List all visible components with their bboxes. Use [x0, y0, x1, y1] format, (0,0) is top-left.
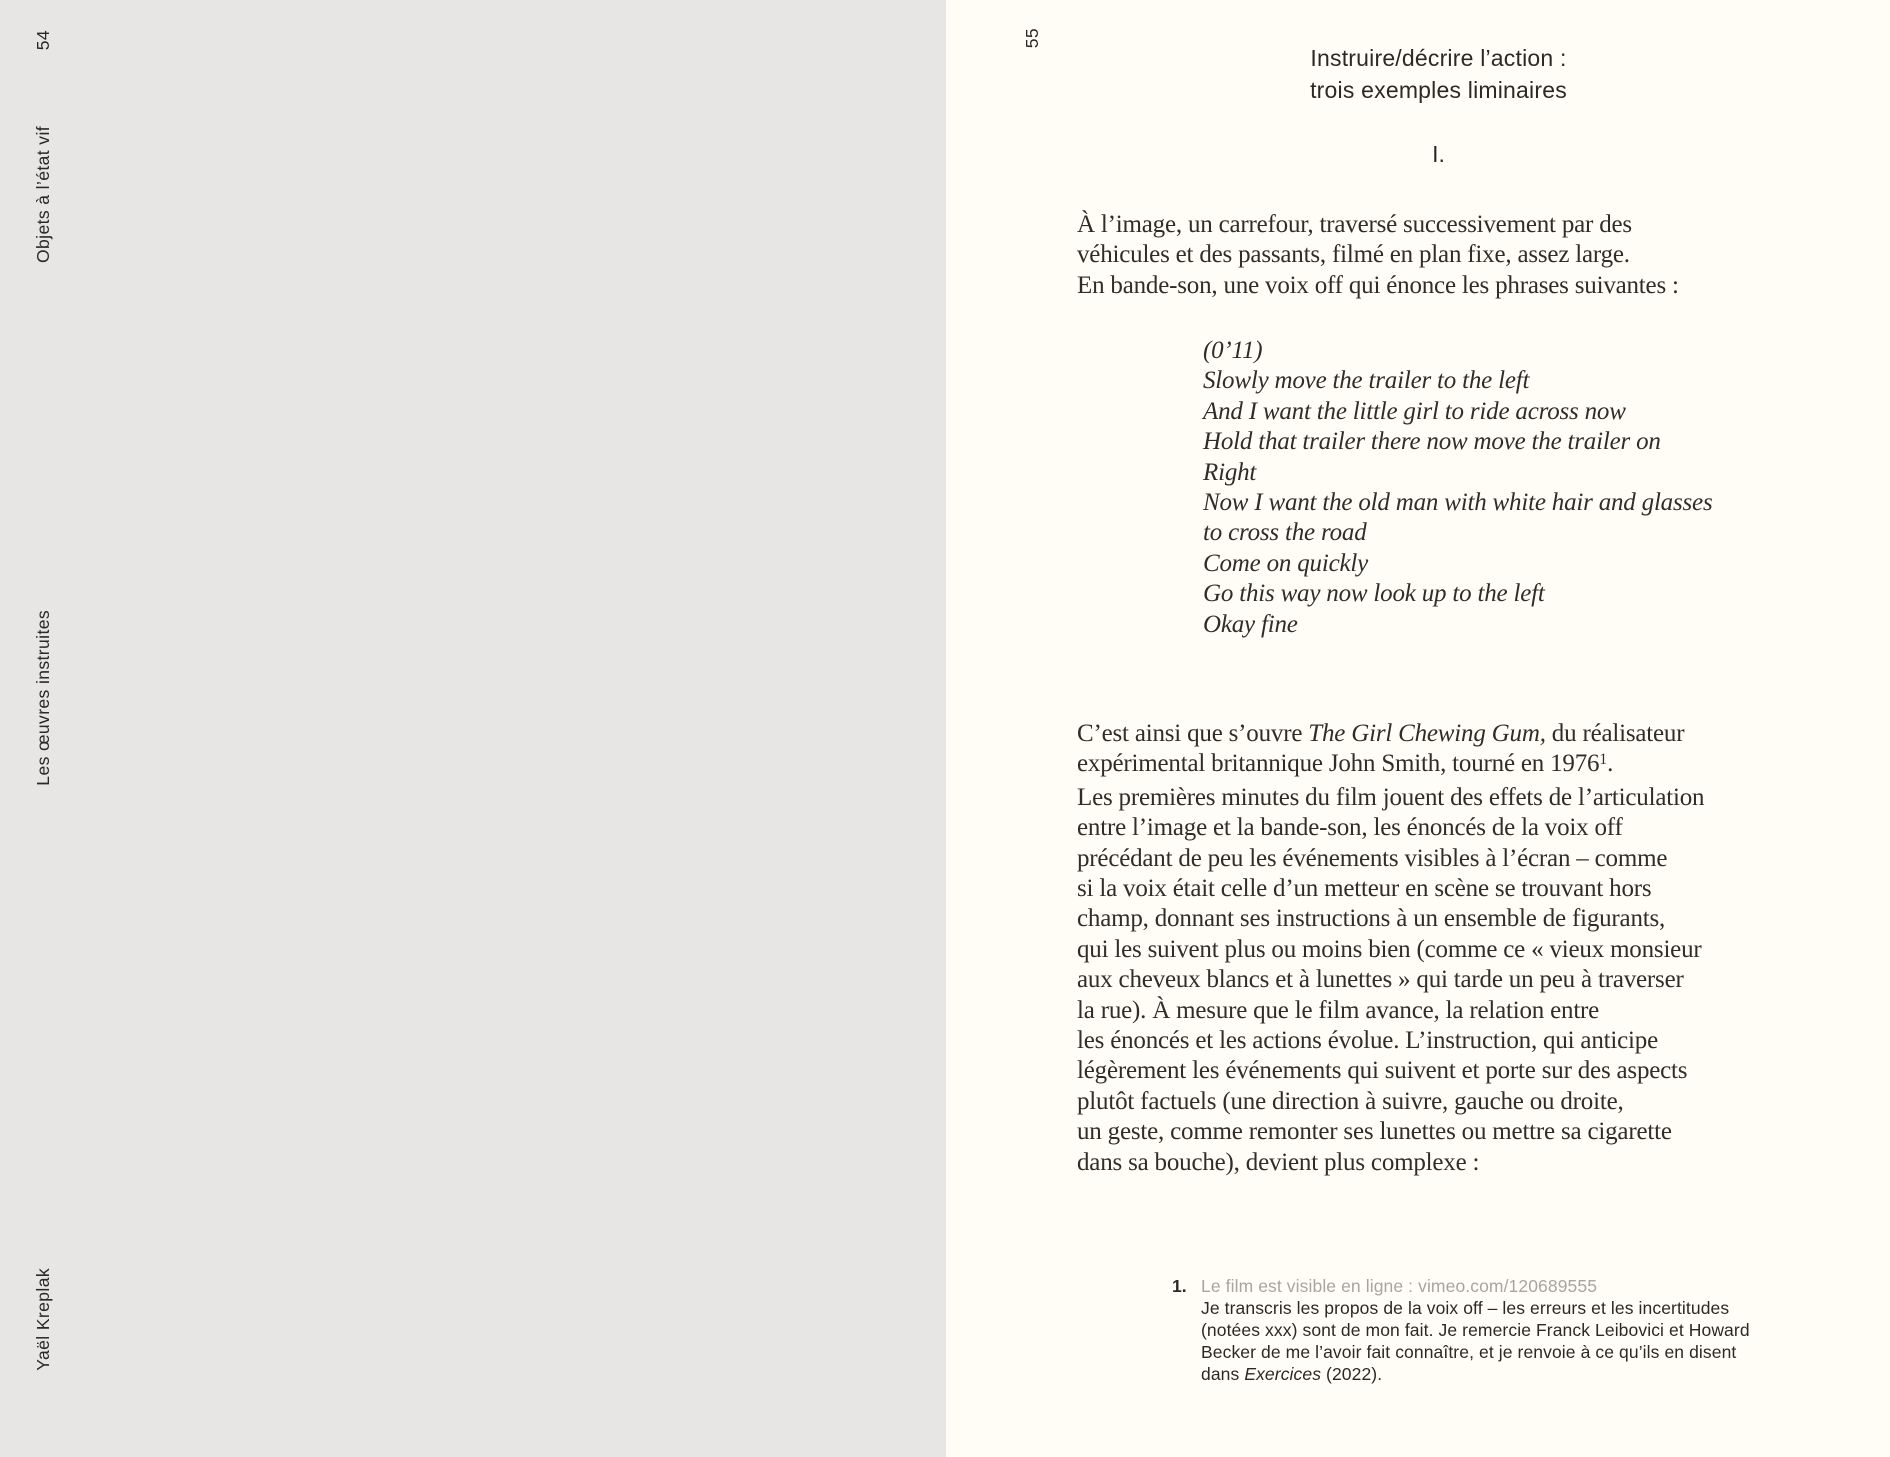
- right-page-number: 55: [1022, 28, 1043, 48]
- section-heading: I.: [1077, 140, 1800, 168]
- chapter-title: Instruire/décrire l’action :trois exempl…: [1077, 42, 1800, 106]
- left-page: 54 Objets à l’état vif Les œuvres instru…: [0, 0, 946, 1457]
- running-head-section: Les œuvres instruites: [33, 610, 54, 786]
- paragraph-1: À l’image, un carrefour, traversé succes…: [1077, 210, 1679, 301]
- running-head-chapter: Objets à l’état vif: [33, 126, 54, 263]
- left-page-number: 54: [33, 30, 54, 50]
- footnote-text: Le film est visible en ligne : vimeo.com…: [1201, 1275, 1750, 1385]
- running-head-author: Yaël Kreplak: [33, 1268, 54, 1371]
- right-page: 55 Instruire/décrire l’action :trois exe…: [946, 0, 1890, 1457]
- paragraph-2: C’est ainsi que s’ouvre The Girl Chewing…: [1077, 719, 1704, 1178]
- voiceover-quote-block: (0’11)Slowly move the trailer to the lef…: [1203, 336, 1712, 640]
- footnote-number: 1.: [1172, 1275, 1187, 1297]
